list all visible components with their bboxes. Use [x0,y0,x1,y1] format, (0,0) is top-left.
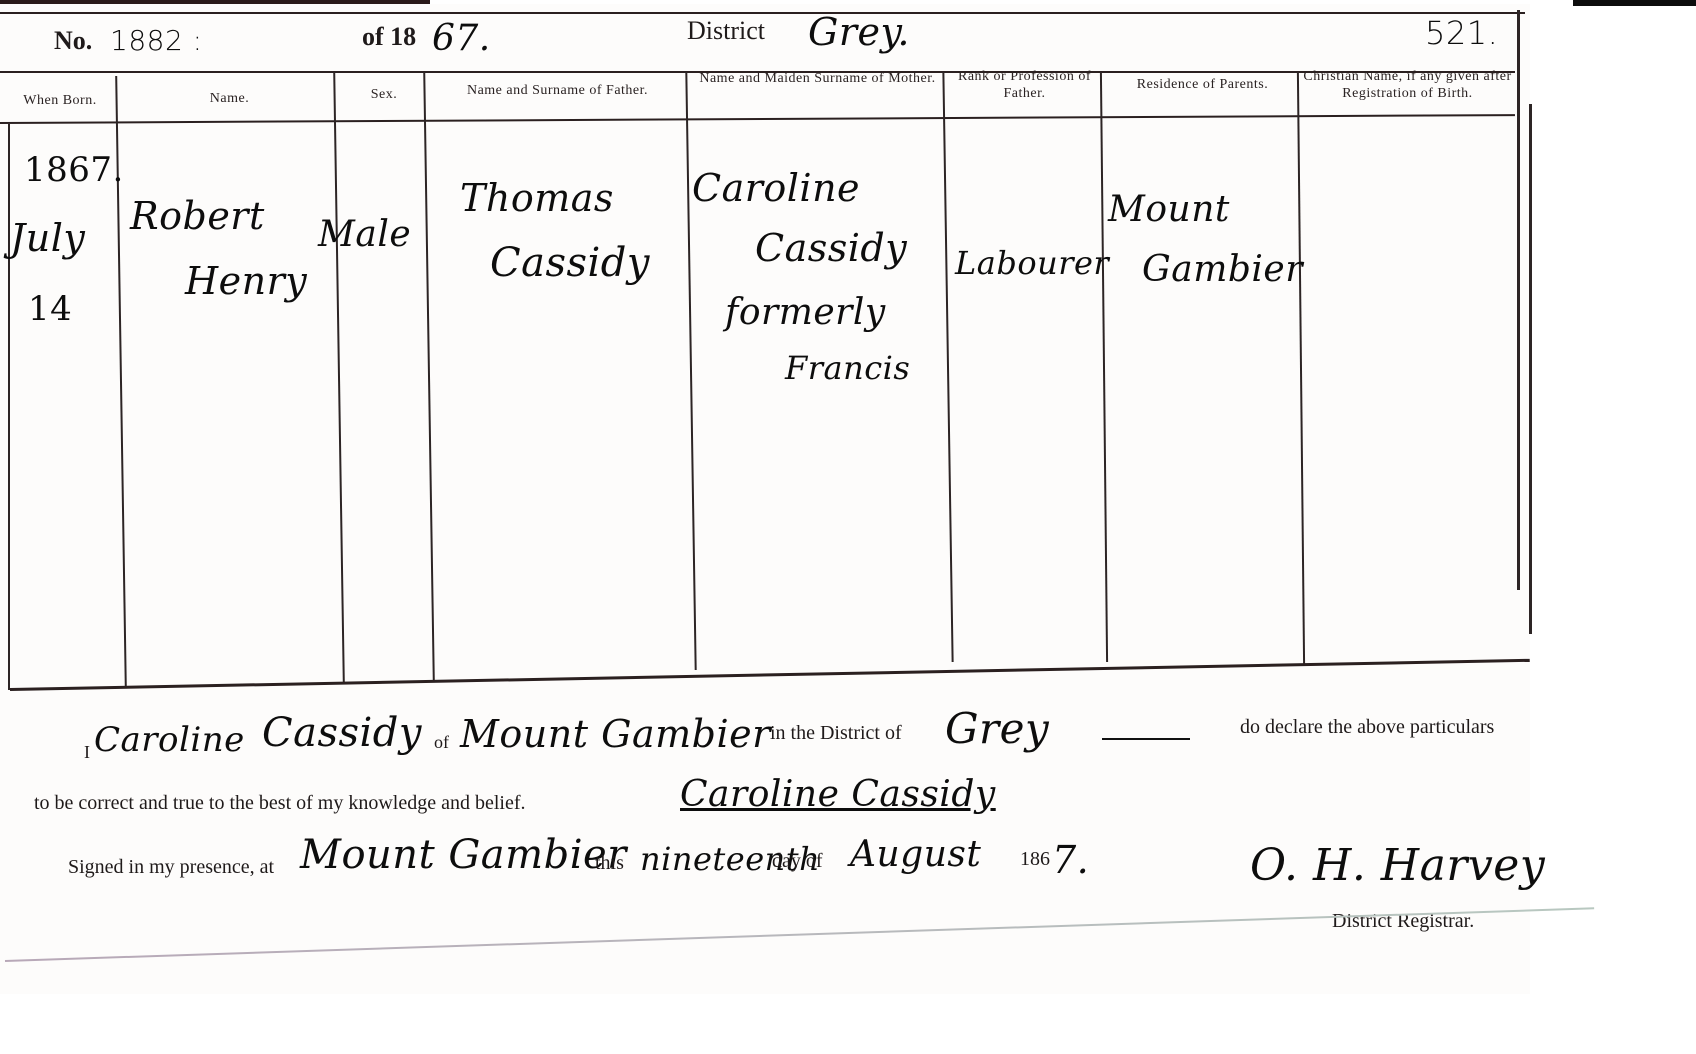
birth-register-page: No. 1882 : of 18 67. District Grey. 521.… [0,4,1530,994]
birth-month: July [10,216,85,260]
child-sex: Male [318,214,411,255]
residence-line-1: Mount [1108,189,1230,230]
column-divider [8,124,10,690]
column-header-sex: Sex. [340,86,428,103]
declaration-statement: do declare the above particulars [1240,716,1494,739]
registrar-signature: O. H. Harvey [1250,840,1545,891]
column-divider [423,72,434,680]
father-profession: Labourer [955,244,1109,282]
father-surname: Cassidy [490,240,650,286]
district-label: District [687,16,765,46]
day-of-label: day of [772,850,823,873]
informant-first-name: Caroline [94,720,245,760]
declaration-of: of [434,732,449,753]
column-header-mother: Name and Maiden Surname of Mother. [695,70,940,87]
top-border [0,12,1525,14]
column-header-bottom-rule [0,114,1515,124]
signed-in-presence-label: Signed in my presence, at [68,856,274,879]
informant-surname: Cassidy [262,710,422,756]
column-header-profession: Rank or Profession of Father. [947,68,1102,102]
mother-first-name: Caroline [692,166,860,210]
mother-surname: Cassidy [755,226,907,270]
year-label: of 18 [362,22,416,52]
year-prefix: 186 [1020,848,1050,871]
column-divider [333,72,344,682]
mother-maiden-surname: Francis [785,349,910,387]
informant-place: Mount Gambier [460,712,771,756]
birth-day: 14 [28,289,72,329]
column-header-father: Name and Surname of Father. [430,82,685,99]
column-divider [942,72,953,662]
column-header-name: Name. [122,90,337,107]
signed-place: Mount Gambier [300,832,627,878]
column-header-residence: Residence of Parents. [1105,76,1300,93]
month-value: August [850,834,981,875]
entry-number-value: 1882 : [110,24,203,57]
column-header-when-born: When Born. [4,92,116,109]
column-divider [685,72,696,670]
declaration-district-label: in the District of [770,722,902,745]
residence-line-2: Gambier [1142,249,1303,290]
child-first-name: Robert [130,194,265,238]
scan-edge-top-right [1573,0,1696,6]
child-middle-name: Henry [185,259,307,303]
folio-number: 521. [1425,14,1498,52]
declaration-district-value: Grey [945,704,1049,753]
year-suffix-signed: 7. [1052,838,1089,882]
right-border-lower [1529,104,1532,634]
district-value: Grey. [808,10,910,54]
this-label: this [595,852,624,875]
declaration-i: I [84,742,90,763]
entry-number-label: No. [54,26,92,56]
column-header-christian-name: Christian Name, if any given after Regis… [1300,68,1515,102]
column-divider [1297,72,1305,666]
birth-year: 1867. [24,150,124,190]
table-bottom-rule [10,659,1530,691]
declaration-dash [1102,738,1190,740]
declaration-belief: to be correct and true to the best of my… [34,792,526,815]
informant-signature: Caroline Cassidy [680,774,996,815]
column-divider [1100,72,1108,662]
year-suffix: 67. [432,18,491,59]
right-border [1517,10,1520,590]
father-first-name: Thomas [460,176,614,220]
mother-formerly: formerly [725,292,886,333]
